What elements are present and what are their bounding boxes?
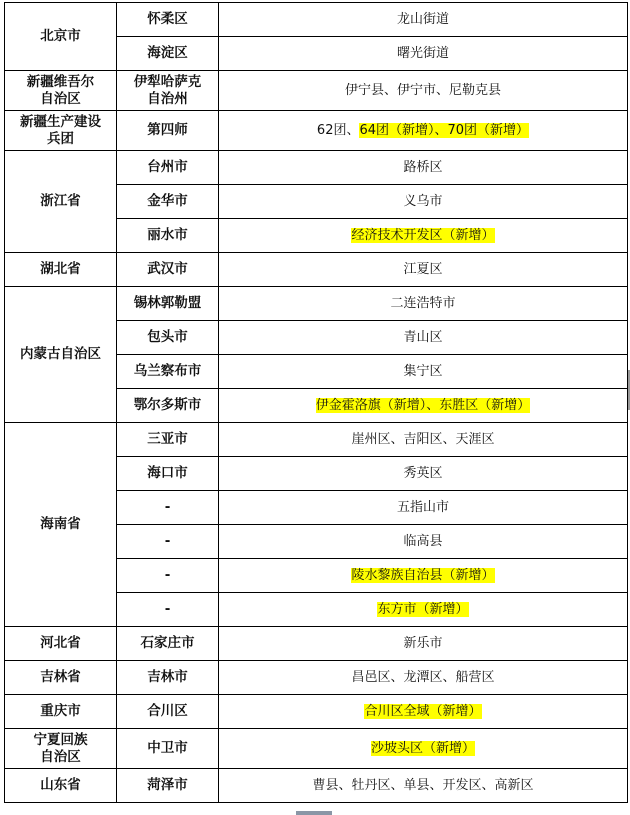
- area-cell: 新乐市: [219, 627, 628, 661]
- city-cell: 海淀区: [117, 37, 219, 71]
- area-text: 二连浩特市: [390, 296, 455, 311]
- area-text: 五指山市: [397, 500, 449, 515]
- province-cell: 吉林省: [5, 661, 117, 695]
- city-cell: -: [117, 593, 219, 627]
- province-cell: 重庆市: [5, 695, 117, 729]
- city-cell: 菏泽市: [117, 769, 219, 803]
- province-cell: 内蒙古自治区: [5, 287, 117, 423]
- area-cell: 曙光街道: [219, 37, 628, 71]
- area-cell: 东方市（新增）: [219, 593, 628, 627]
- area-cell: 62团、64团（新增）、70团（新增）: [219, 111, 628, 151]
- province-cell: 河北省: [5, 627, 117, 661]
- table-row: 吉林省吉林市昌邑区、龙潭区、船营区: [5, 661, 628, 695]
- city-cell: 伊犁哈萨克 自治州: [117, 71, 219, 111]
- area-text: 曙光街道: [397, 46, 449, 61]
- province-cell: 宁夏回族 自治区: [5, 729, 117, 769]
- area-text: 江夏区: [403, 262, 442, 277]
- city-cell: 台州市: [117, 151, 219, 185]
- area-text: 集宁区: [403, 364, 442, 379]
- highlighted-new-area: 东方市（新增）: [377, 602, 468, 617]
- province-cell: 北京市: [5, 3, 117, 71]
- area-text: 临高县: [403, 534, 442, 549]
- city-cell: 吉林市: [117, 661, 219, 695]
- city-cell: -: [117, 491, 219, 525]
- area-cell: 龙山街道: [219, 3, 628, 37]
- area-text: 龙山街道: [397, 12, 449, 27]
- table-row: 重庆市合川区合川区全域（新增）: [5, 695, 628, 729]
- city-cell: 合川区: [117, 695, 219, 729]
- city-cell: 金华市: [117, 185, 219, 219]
- city-cell: 中卫市: [117, 729, 219, 769]
- highlighted-new-area: 陵水黎族自治县（新增）: [351, 568, 494, 583]
- area-cell: 合川区全域（新增）: [219, 695, 628, 729]
- province-cell: 山东省: [5, 769, 117, 803]
- area-text: 伊宁县、伊宁市、尼勒克县: [345, 83, 501, 98]
- city-cell: 鄂尔多斯市: [117, 389, 219, 423]
- area-text: 62团、: [317, 123, 360, 138]
- province-cell: 新疆维吾尔 自治区: [5, 71, 117, 111]
- province-cell: 海南省: [5, 423, 117, 627]
- area-text: 昌邑区、龙潭区、船营区: [351, 670, 494, 685]
- area-cell: 路桥区: [219, 151, 628, 185]
- area-cell: 二连浩特市: [219, 287, 628, 321]
- highlighted-new-area: 64团（新增）、70团（新增）: [359, 123, 529, 138]
- city-cell: 武汉市: [117, 253, 219, 287]
- table-row: 山东省菏泽市曹县、牡丹区、单县、开发区、高新区: [5, 769, 628, 803]
- area-cell: 经济技术开发区（新增）: [219, 219, 628, 253]
- area-cell: 江夏区: [219, 253, 628, 287]
- highlighted-new-area: 伊金霍洛旗（新增）、东胜区（新增）: [316, 398, 531, 413]
- area-cell: 临高县: [219, 525, 628, 559]
- highlighted-new-area: 经济技术开发区（新增）: [351, 228, 494, 243]
- area-text: 新乐市: [403, 636, 442, 651]
- table-row: 新疆生产建设 兵团第四师62团、64团（新增）、70团（新增）: [5, 111, 628, 151]
- page-tab-mark: [296, 811, 332, 815]
- area-cell: 昌邑区、龙潭区、船营区: [219, 661, 628, 695]
- city-cell: 第四师: [117, 111, 219, 151]
- area-text: 崖州区、吉阳区、天涯区: [351, 432, 494, 447]
- pilot-areas-table: 北京市怀柔区龙山街道海淀区曙光街道新疆维吾尔 自治区伊犁哈萨克 自治州伊宁县、伊…: [4, 2, 628, 803]
- area-cell: 集宁区: [219, 355, 628, 389]
- area-cell: 青山区: [219, 321, 628, 355]
- area-cell: 沙坡头区（新增）: [219, 729, 628, 769]
- area-cell: 秀英区: [219, 457, 628, 491]
- province-cell: 湖北省: [5, 253, 117, 287]
- city-cell: 石家庄市: [117, 627, 219, 661]
- area-text: 秀英区: [403, 466, 442, 481]
- table-row: 湖北省武汉市江夏区: [5, 253, 628, 287]
- city-cell: 怀柔区: [117, 3, 219, 37]
- city-cell: 乌兰察布市: [117, 355, 219, 389]
- city-cell: 海口市: [117, 457, 219, 491]
- city-cell: 包头市: [117, 321, 219, 355]
- city-cell: -: [117, 525, 219, 559]
- area-text: 义乌市: [403, 194, 442, 209]
- table-row: 宁夏回族 自治区中卫市沙坡头区（新增）: [5, 729, 628, 769]
- city-cell: 丽水市: [117, 219, 219, 253]
- province-cell: 新疆生产建设 兵团: [5, 111, 117, 151]
- table-row: 新疆维吾尔 自治区伊犁哈萨克 自治州伊宁县、伊宁市、尼勒克县: [5, 71, 628, 111]
- table-row: 浙江省台州市路桥区: [5, 151, 628, 185]
- table-row: 河北省石家庄市新乐市: [5, 627, 628, 661]
- area-cell: 义乌市: [219, 185, 628, 219]
- table-row: 海南省三亚市崖州区、吉阳区、天涯区: [5, 423, 628, 457]
- city-cell: -: [117, 559, 219, 593]
- area-text: 曹县、牡丹区、单县、开发区、高新区: [312, 778, 533, 793]
- highlighted-new-area: 合川区全域（新增）: [364, 704, 481, 719]
- city-cell: 锡林郭勒盟: [117, 287, 219, 321]
- province-cell: 浙江省: [5, 151, 117, 253]
- area-text: 路桥区: [403, 160, 442, 175]
- area-cell: 曹县、牡丹区、单县、开发区、高新区: [219, 769, 628, 803]
- area-cell: 五指山市: [219, 491, 628, 525]
- area-cell: 伊金霍洛旗（新增）、东胜区（新增）: [219, 389, 628, 423]
- area-cell: 伊宁县、伊宁市、尼勒克县: [219, 71, 628, 111]
- highlighted-new-area: 沙坡头区（新增）: [371, 741, 475, 756]
- area-text: 青山区: [403, 330, 442, 345]
- table-row: 北京市怀柔区龙山街道: [5, 3, 628, 37]
- area-cell: 崖州区、吉阳区、天涯区: [219, 423, 628, 457]
- table-row: 内蒙古自治区锡林郭勒盟二连浩特市: [5, 287, 628, 321]
- area-cell: 陵水黎族自治县（新增）: [219, 559, 628, 593]
- city-cell: 三亚市: [117, 423, 219, 457]
